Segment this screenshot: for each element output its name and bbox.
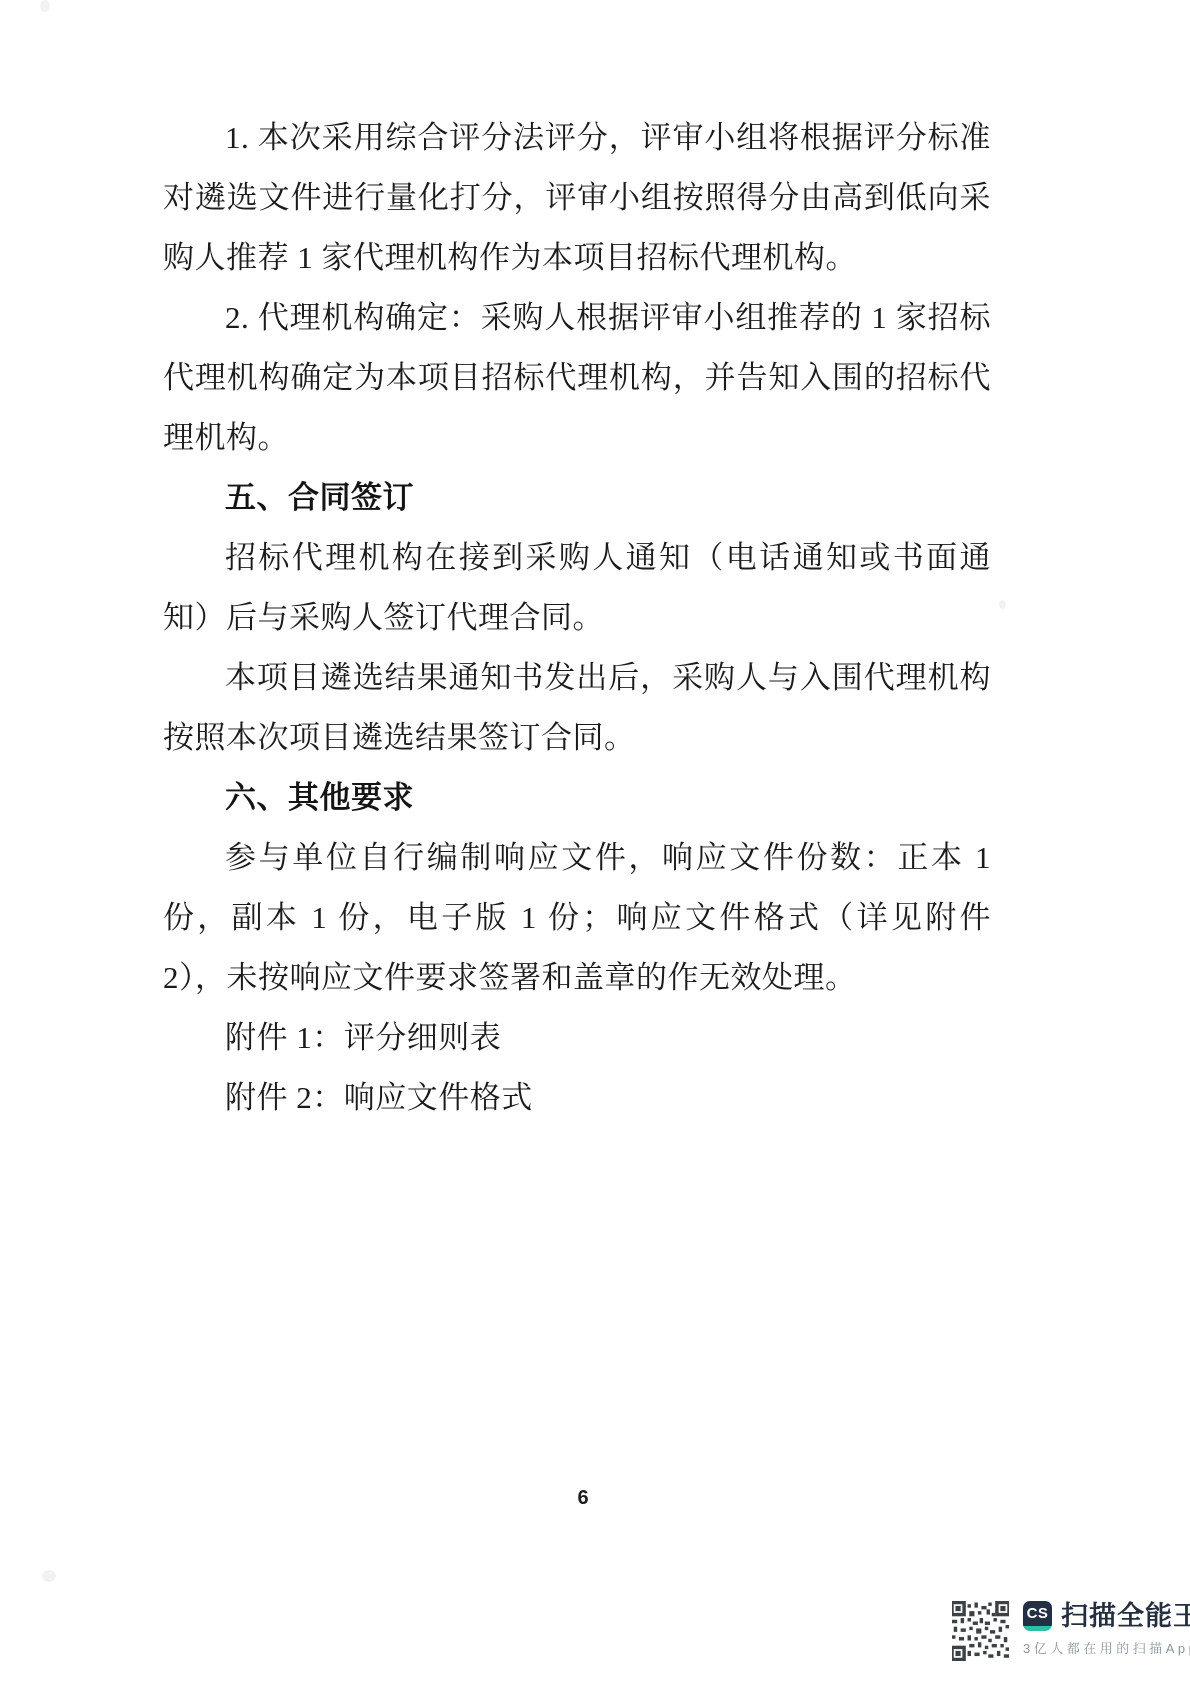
body-paragraph-agency-determination: 2. 代理机构确定：采购人根据评审小组推荐的 1 家招标代理机构确定为本项目招标…	[163, 288, 991, 468]
section-heading-contract-signing: 五、合同签订	[163, 468, 991, 528]
scan-speck	[42, 1570, 56, 1582]
attachment-line-2: 附件 2：响应文件格式	[163, 1068, 991, 1128]
scan-speck	[999, 600, 1006, 609]
camscanner-brand-name: 扫描全能王	[1061, 1601, 1190, 1631]
camscanner-app-icon-accent	[1023, 1626, 1052, 1631]
body-paragraph-result-contract: 本项目遴选结果通知书发出后，采购人与入围代理机构按照本次项目遴选结果签订合同。	[163, 648, 991, 768]
section-heading-other-requirements: 六、其他要求	[163, 768, 991, 828]
camscanner-watermark: CS 扫描全能王 3亿人都在用的扫描App	[952, 1601, 1190, 1661]
camscanner-app-icon-label: CS	[1023, 1601, 1052, 1626]
page-number: 6	[568, 1487, 598, 1510]
qr-code-icon	[952, 1601, 1009, 1661]
scan-speck	[40, 0, 50, 12]
scanned-document-page: 1. 本次采用综合评分法评分，评审小组将根据评分标准对遴选文件进行量化打分，评审…	[0, 0, 1190, 1684]
camscanner-app-icon: CS	[1023, 1601, 1052, 1631]
camscanner-tagline: 3亿人都在用的扫描App	[1023, 1638, 1190, 1657]
attachment-line-1: 附件 1：评分细则表	[163, 1008, 991, 1068]
body-paragraph-notice: 招标代理机构在接到采购人通知（电话通知或书面通知）后与采购人签订代理合同。	[163, 528, 991, 648]
document-text-block: 1. 本次采用综合评分法评分，评审小组将根据评分标准对遴选文件进行量化打分，评审…	[163, 108, 991, 1128]
body-paragraph-response-documents: 参与单位自行编制响应文件，响应文件份数：正本 1 份，副本 1 份，电子版 1 …	[163, 828, 991, 1008]
body-paragraph-scoring-method: 1. 本次采用综合评分法评分，评审小组将根据评分标准对遴选文件进行量化打分，评审…	[163, 108, 991, 288]
